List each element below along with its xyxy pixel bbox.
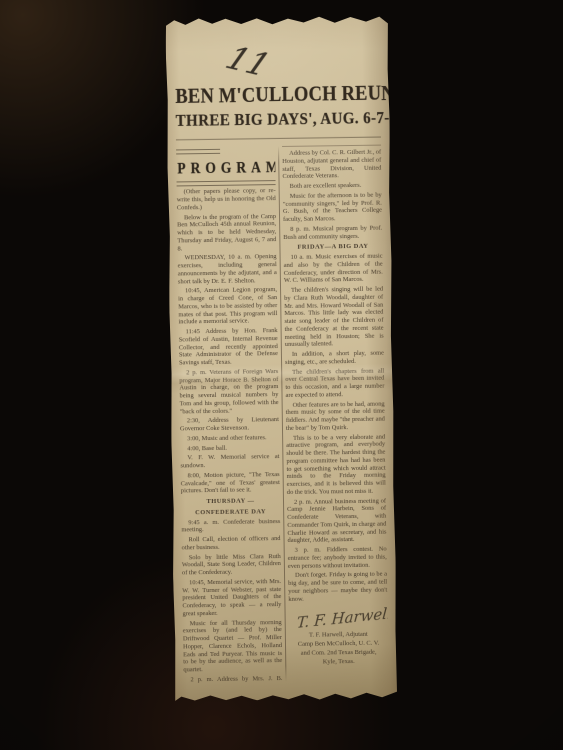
closing-line: and Com. 2nd Texas Brigade, — [289, 649, 388, 658]
decorative-rule-bottom — [177, 180, 276, 186]
headline: BEN M'CULLOCH REUNION — [175, 83, 380, 110]
paragraph: THURSDAY — — [181, 497, 280, 506]
paragraph: Below is the program of the Camp Ben McC… — [177, 213, 277, 253]
paragraph: The children's singing will be led by Cl… — [284, 286, 384, 349]
paragraph: V. F. W. Memorial service at sundown. — [180, 453, 279, 470]
paragraph: (Other papers please copy, or re-write t… — [177, 187, 276, 212]
paragraph: 10:45, American Legion program, in charg… — [178, 286, 278, 326]
closing-line: Kyle, Texas. — [289, 658, 388, 667]
paragraph: 11:45 Address by Hon. Frank Scofield of … — [179, 327, 279, 367]
paragraph: 3:00, Music and other features. — [180, 434, 279, 443]
left-column: PROGRAM (Other papers please copy, or re… — [176, 146, 282, 683]
newspaper-clipping: 11 BEN M'CULLOCH REUNION THREE BIG DAYS'… — [165, 14, 398, 701]
photo-background: 11 BEN M'CULLOCH REUNION THREE BIG DAYS'… — [0, 0, 563, 750]
subheadline: THREE BIG DAYS', AUG. 6-7-8 — [176, 110, 381, 141]
program-heading-block: PROGRAM — [176, 148, 276, 187]
paragraph: Roll Call, election of officers and othe… — [181, 535, 280, 552]
paragraph: FRIDAY—A BIG DAY — [283, 243, 382, 252]
program-label: PROGRAM — [177, 158, 275, 178]
paragraph: 8:00, Motion picture, "The Texas Cavalca… — [181, 471, 280, 496]
paragraph: This is to be a very elaborate and attra… — [286, 433, 386, 496]
article-columns: PROGRAM (Other papers please copy, or re… — [176, 145, 388, 684]
paragraph: In addition, a short play, some singing,… — [285, 350, 384, 367]
closing-line: Camp Ben McCulloch, U. C. V. — [289, 640, 388, 649]
right-paragraphs: Address by Col. C. R. Gilbert Jr., of Ho… — [282, 149, 387, 604]
signature: T. F. Harwell — [296, 605, 388, 633]
paragraph: Other features are to be had, among them… — [286, 400, 385, 432]
paragraph: Solo by little Miss Clara Ruth Woodall, … — [182, 553, 281, 578]
paragraph: Music for the afternoon is to be by "com… — [283, 191, 382, 223]
paragraph: 3 p. m. Fiddlers contest. No entrance fe… — [288, 546, 387, 571]
closing-line: T. F. Harwell, Adjutant — [289, 631, 388, 640]
closing-block: T. F. Harwell, AdjutantCamp Ben McCulloc… — [289, 631, 388, 667]
paragraph: Address by Col. C. R. Gilbert Jr., of Ho… — [282, 149, 381, 181]
paragraph: 10 a. m. Music exercises of music and al… — [284, 253, 383, 285]
paragraph: The children's chapters from all over Ce… — [285, 367, 384, 399]
paragraph: 2 p. m. Veterans of Foreign Wars program… — [179, 368, 279, 416]
left-paragraphs: (Other papers please copy, or re-write t… — [177, 187, 283, 683]
paragraph: CONFEDERATE DAY — [181, 508, 280, 517]
paragraph: 2 p. m. Annual business meeting of Camp … — [287, 497, 387, 545]
paragraph: 9:45 a. m. Confederate business meeting. — [181, 518, 280, 535]
handwritten-mark: 11 — [220, 39, 276, 83]
decorative-rule-top — [176, 149, 220, 155]
paragraph: Don't forget. Friday is going to be a bi… — [288, 571, 387, 603]
paragraph: WEDNESDAY, 10 a. m. Opening exercises, i… — [178, 253, 277, 285]
paragraph: 8 p. m. Musical program by Prof. Bush an… — [283, 224, 382, 241]
paragraph: Music for all Thursday morning exercises… — [183, 619, 283, 675]
right-column: Address by Col. C. R. Gilbert Jr., of Ho… — [282, 145, 388, 682]
paragraph: 4:00, Base ball. — [180, 444, 279, 453]
paragraph: 10:45, Memorial service, with Mrs. W. W.… — [182, 578, 282, 618]
paragraph: Both are excellent speakers. — [283, 182, 382, 191]
paragraph: 2:30, Address by Lieutenant Governor Cok… — [180, 416, 279, 433]
paragraph: 2 p. m. Address by Mrs. J. B. McFarland … — [183, 675, 282, 684]
